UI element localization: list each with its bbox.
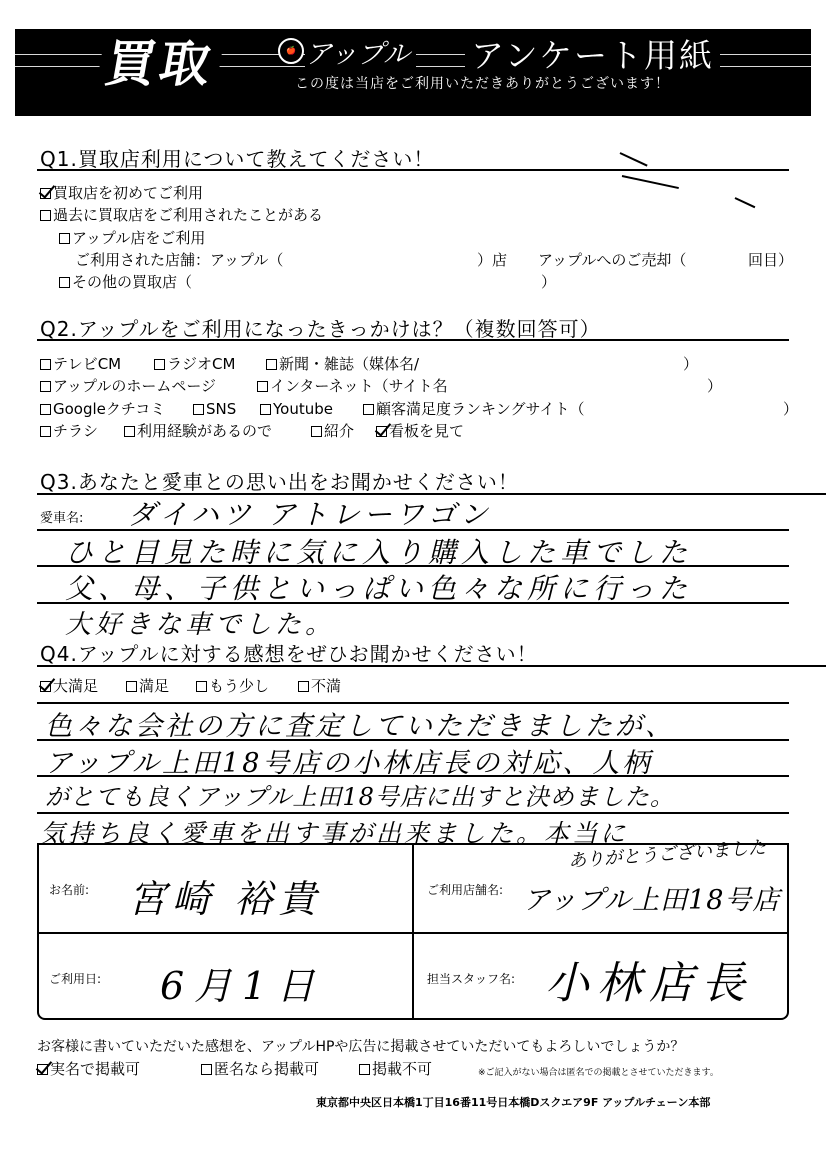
option-label: 満足	[139, 677, 169, 695]
checkbox[interactable]	[201, 1064, 212, 1075]
option-label: インターネット（サイト名	[270, 377, 448, 395]
q3-title: Q3.あなたと愛車との思い出をお聞かせください！	[40, 466, 519, 495]
q4-option-dissatisfied[interactable]: 不満	[298, 676, 341, 696]
q2-option-used-before[interactable]: 利用経験があるので	[124, 421, 272, 441]
header-banner: 買取 🍎 アップル アンケート用紙 この度は当店をご利用いただきありがとうござい…	[15, 29, 811, 116]
q2-option-ranking-site[interactable]: 顧客満足度ランキングサイト（	[363, 399, 585, 419]
option-label: ラジオCM	[167, 355, 235, 373]
checkbox[interactable]	[59, 277, 70, 288]
customer-name-field[interactable]: 宮崎 裕貴	[128, 868, 322, 923]
q2-option-sns[interactable]: SNS	[193, 399, 236, 419]
scan-mark	[622, 175, 679, 189]
checkbox[interactable]	[266, 359, 277, 370]
q2-option-newspaper[interactable]: 新聞・雑誌（媒体名/	[266, 354, 419, 374]
checkbox[interactable]	[40, 426, 51, 437]
q2-option-youtube[interactable]: Youtube	[260, 399, 333, 419]
staff-name-field[interactable]: 小林店長	[545, 947, 753, 1011]
usage-date-field[interactable]: 6月1日	[160, 955, 324, 1010]
q3-answer-line-2[interactable]: 父、母、子供といっぱい色々な所に行った	[65, 567, 692, 607]
option-label: 大満足	[53, 677, 98, 695]
q2-internet-close: ）	[707, 376, 722, 396]
option-label: 看板を見て	[389, 422, 464, 440]
checkbox[interactable]	[363, 404, 374, 415]
apple-logo-icon: 🍎	[278, 38, 304, 64]
car-name-label: 愛車名:	[40, 507, 83, 526]
q3-answer-line-3[interactable]: 大好きな車でした。	[65, 604, 335, 641]
checkbox-checked[interactable]	[376, 426, 387, 437]
scan-mark	[620, 152, 648, 166]
checkbox-checked[interactable]	[37, 1064, 48, 1075]
checkbox[interactable]	[359, 1064, 370, 1075]
checkbox[interactable]	[260, 404, 271, 415]
q1-sales-count-suffix: 回目）	[748, 250, 793, 270]
checkbox[interactable]	[257, 381, 268, 392]
scan-mark	[735, 197, 756, 208]
q2-option-referral[interactable]: 紹介	[311, 421, 354, 441]
q1-store-suffix: ）店	[477, 250, 507, 270]
option-label: アップルのホームページ	[53, 377, 216, 395]
checkbox[interactable]	[59, 233, 70, 244]
consent-option-real-name[interactable]: 実名で掲載可	[37, 1059, 140, 1079]
checkbox[interactable]	[40, 404, 51, 415]
option-label: 利用経験があるので	[137, 422, 272, 440]
q4-option-could-be-better[interactable]: もう少し	[196, 676, 269, 696]
q4-option-very-satisfied[interactable]: 大満足	[40, 676, 98, 696]
consent-option-anonymous[interactable]: 匿名なら掲載可	[201, 1059, 319, 1079]
brand-name: アップル	[305, 32, 416, 71]
q4-title: Q4.アップルに対する感想をぜひお聞かせください！	[40, 638, 538, 667]
option-label: もう少し	[209, 677, 269, 695]
option-label: 掲載不可	[372, 1060, 432, 1078]
checkbox[interactable]	[193, 404, 204, 415]
car-name-field[interactable]: ダイハツ アトレーワゴン	[128, 493, 492, 533]
box-row-divider	[37, 932, 789, 934]
thanks-message: この度は当店をご利用いただきありがとうございます！	[295, 73, 670, 93]
option-label: アップル店をご利用	[72, 229, 205, 247]
q2-ranking-close: ）	[783, 399, 798, 419]
option-label: SNS	[206, 400, 236, 418]
q1-other-close: ）	[541, 272, 556, 292]
staff-name-label: 担当スタッフ名:	[427, 970, 515, 987]
q4-answer-line-1[interactable]: 色々な会社の方に査定していただきましたが、	[45, 704, 675, 743]
q1-option-first-time[interactable]: 買取店を初めてご利用	[40, 183, 203, 203]
hq-address: 東京都中央区日本橋1丁目16番11号日本橋Dスクエア9F アップルチェーン本部	[316, 1094, 710, 1110]
q2-option-tv-cm[interactable]: テレビCM	[40, 354, 121, 374]
option-label: 顧客満足度ランキングサイト（	[376, 400, 585, 418]
checkbox[interactable]	[154, 359, 165, 370]
q2-rule	[37, 339, 789, 341]
option-label: 過去に買取店をご利用されたことがある	[53, 206, 323, 224]
q2-option-signboard[interactable]: 看板を見て	[376, 421, 464, 441]
option-label: チラシ	[53, 422, 98, 440]
q2-title: Q2.アップルをご利用になったきっかけは？（複数回答可）	[40, 313, 601, 342]
option-label: その他の買取店（	[72, 273, 192, 291]
consent-question: お客様に書いていただいた感想を、アップルHPや広告に掲載させていただいてもよろし…	[37, 1037, 684, 1057]
option-label: 匿名なら掲載可	[214, 1060, 319, 1078]
q4-option-satisfied[interactable]: 満足	[126, 676, 169, 696]
store-name-field[interactable]: アップル上田18号店	[523, 878, 780, 917]
q4-rule	[37, 665, 826, 667]
checkbox[interactable]	[40, 210, 51, 221]
q1-rule	[37, 169, 789, 171]
q1-option-other-store[interactable]: その他の買取店（	[59, 272, 192, 292]
option-label: Googleクチコミ	[53, 400, 165, 418]
checkbox-checked[interactable]	[40, 681, 51, 692]
store-name-label: ご利用店舗名:	[427, 881, 503, 898]
q2-option-flyer[interactable]: チラシ	[40, 421, 98, 441]
option-label: 不満	[311, 677, 341, 695]
q1-title: Q1.買取店利用について教えてください！	[40, 143, 434, 172]
consent-option-not-allowed[interactable]: 掲載不可	[359, 1059, 432, 1079]
option-label: 新聞・雑誌（媒体名/	[279, 355, 419, 373]
q1-option-apple-store[interactable]: アップル店をご利用	[59, 228, 205, 248]
checkbox[interactable]	[40, 359, 51, 370]
option-label: Youtube	[273, 400, 333, 418]
checkbox[interactable]	[126, 681, 137, 692]
q2-newspaper-close: ）	[683, 354, 698, 374]
checkbox[interactable]	[40, 381, 51, 392]
option-label: テレビCM	[53, 355, 121, 373]
consent-note: ※ご記入がない場合は匿名での掲載とさせていただきます。	[478, 1065, 719, 1078]
checkbox-checked[interactable]	[40, 188, 51, 199]
customer-name-label: お名前:	[49, 881, 89, 898]
q2-option-google-reviews[interactable]: Googleクチコミ	[40, 399, 165, 419]
q2-option-radio-cm[interactable]: ラジオCM	[154, 354, 235, 374]
option-label: 実名で掲載可	[50, 1060, 140, 1078]
checkbox[interactable]	[298, 681, 309, 692]
survey-title: アンケート用紙	[465, 30, 720, 77]
q2-option-homepage[interactable]: アップルのホームページ	[40, 376, 216, 396]
usage-date-label: ご利用日:	[49, 970, 101, 987]
option-label: 買取店を初めてご利用	[53, 184, 203, 202]
q1-store-used-label: ご利用された店舗：アップル（	[75, 250, 283, 270]
q2-option-internet[interactable]: インターネット（サイト名	[257, 376, 448, 396]
q1-sales-count-label: アップルへのご売却（	[538, 250, 686, 270]
checkbox[interactable]	[311, 426, 322, 437]
checkbox[interactable]	[196, 681, 207, 692]
kaitori-logo: 買取	[94, 29, 226, 99]
q1-option-used-before[interactable]: 過去に買取店をご利用されたことがある	[40, 205, 323, 225]
q4-answer-line-3[interactable]: がとても良くアップル上田18号店に出すと決めました。	[45, 777, 675, 812]
option-label: 紹介	[324, 422, 354, 440]
checkbox[interactable]	[124, 426, 135, 437]
